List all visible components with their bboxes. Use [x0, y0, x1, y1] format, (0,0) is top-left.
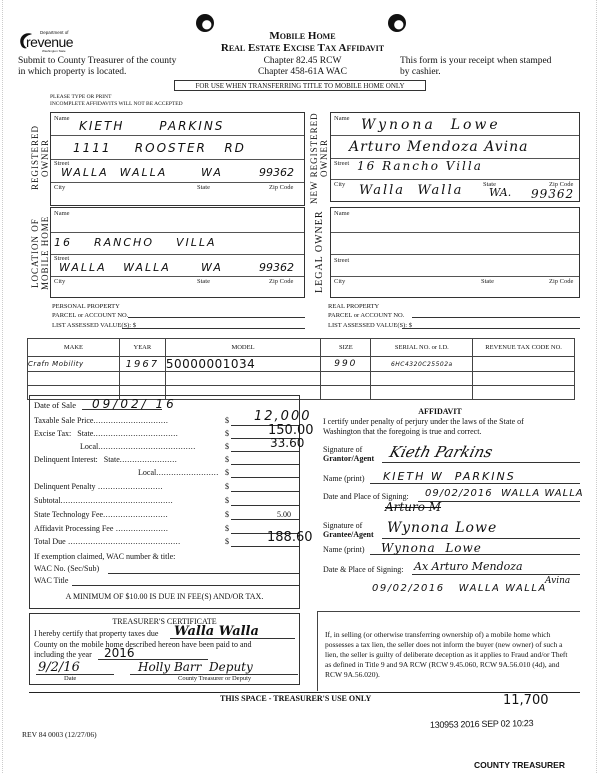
grantor-name-label: Name (print) — [323, 474, 365, 483]
location-address[interactable]: 16 RANCHO VILLA — [54, 236, 217, 249]
new-owner-name[interactable]: Wynona Lowe — [361, 117, 501, 133]
table-row — [28, 372, 575, 386]
legal-owner-box: Name Street City State Zip Code — [330, 207, 580, 298]
name-label: Name — [54, 210, 70, 217]
header-size: SIZE — [321, 339, 371, 357]
excise-local-value: 33.60 — [270, 436, 304, 450]
certificate-date: 9/2/16 — [38, 660, 80, 675]
transfer-banner: FOR USE WHEN TRANSFERRING TITLE TO MOBIL… — [174, 80, 426, 91]
new-registered-owner-label: NEW REGISTERED OWNER — [309, 112, 329, 204]
type-or-print-note: PLEASE TYPE OR PRINT INCOMPLETE AFFIDAVI… — [50, 94, 183, 108]
grantee-date-avina: Avina — [545, 576, 570, 586]
grantee-date-line-1: Ax Arturo Mendoza — [414, 560, 523, 573]
city-label: City — [54, 278, 65, 285]
dollar-sign: $ — [225, 524, 229, 533]
city-label: City — [334, 181, 345, 188]
header-model: MODEL — [165, 339, 320, 357]
dot-leader: ..................... — [113, 524, 168, 533]
personal-assessed-row: LIST ASSESSED VALUE(S): $ — [52, 322, 136, 331]
registered-owner-address[interactable]: 1111 ROOSTER RD — [73, 141, 246, 155]
chapter-refs: Chapter 82.45 RCW Chapter 458-61A WAC — [190, 56, 415, 78]
dollar-sign: $ — [225, 510, 229, 519]
form-number: REV 84 0003 (12/27/06) — [22, 730, 97, 739]
cell-size[interactable] — [321, 372, 371, 386]
real-property: REAL PROPERTY PARCEL or ACCOUNT NO. LIST… — [328, 303, 412, 331]
city-label: City — [334, 278, 345, 285]
dollar-sign: $ — [225, 468, 229, 477]
grantor-name-field[interactable] — [370, 483, 580, 484]
registered-owner-city[interactable]: WALLA WALLA — [61, 166, 167, 179]
new-owner-street[interactable]: 16 Rancho Villa — [357, 159, 483, 173]
cell-year[interactable]: 1967 — [119, 357, 165, 372]
total-due-value: 188.60 — [267, 530, 313, 545]
real-parcel-label: PARCEL or ACCOUNT NO. — [328, 312, 404, 319]
real-parcel-row: PARCEL or ACCOUNT NO. — [328, 312, 412, 321]
receipt-stamp: 130953 2016 SEP 02 10:23 — [430, 718, 533, 730]
cell-revenue-tax-code[interactable] — [473, 372, 575, 386]
fee-row-technology-fee: State Technology Fee....................… — [34, 510, 168, 519]
location-label-2: MOBILE HOME — [40, 216, 50, 290]
delinquent-state-input[interactable] — [231, 464, 299, 465]
location-state[interactable]: WA — [201, 261, 223, 274]
city-label: City — [54, 184, 65, 191]
dot-leader: .......................... — [96, 482, 164, 491]
real-parcel-input[interactable] — [412, 317, 580, 318]
grantor-signature-label: Signature of Grantor/Agent — [323, 445, 374, 463]
treasurer-signature: Holly Barr Deputy — [138, 660, 253, 674]
date-of-sale-label: Date of Sale — [34, 400, 76, 410]
mobile-home-table: MAKE YEAR MODEL SIZE SERIAL NO. or I.D. … — [27, 338, 575, 400]
registered-owner-box: Name KIETH PARKINS 1111 ROOSTER RD Stree… — [50, 112, 305, 206]
receipt-note: This form is your receipt when stamped b… — [400, 56, 551, 78]
affidavit-title: AFFIDAVIT — [300, 407, 580, 416]
new-owner-city[interactable]: Walla Walla — [359, 183, 463, 198]
real-assessed-row: LIST ASSESSED VALUE(S): $ — [328, 322, 412, 331]
fee-label: Delinquent Interest: State — [34, 455, 120, 464]
real-property-title: REAL PROPERTY — [328, 303, 412, 312]
submit-instructions: Submit to County Treasurer of the county… — [18, 56, 176, 78]
dollar-sign: $ — [225, 416, 229, 425]
street-label: Street — [334, 160, 349, 167]
fee-row-affidavit-fee: Affidavit Processing Fee ...............… — [34, 524, 168, 533]
fee-row-delinquent-local: Local......................... — [138, 468, 219, 477]
fee-row-excise-local: Local...................................… — [80, 442, 196, 451]
affidavit-statement-1: I certify under penalty of perjury under… — [323, 417, 524, 427]
fee-label: State Technology Fee — [34, 510, 103, 519]
cell-make[interactable] — [28, 372, 120, 386]
cell-make[interactable]: Crafn Mobility — [28, 357, 120, 372]
new-owner-label-1: NEW REGISTERED — [309, 112, 319, 204]
grantee-signature-field[interactable] — [382, 538, 580, 539]
grantee-name-print: Wynona Lowe — [381, 541, 482, 555]
delinquent-local-input[interactable] — [231, 477, 299, 478]
signature-label: County Treasurer or Deputy — [178, 675, 251, 682]
street-label: Street — [334, 257, 349, 264]
header-serial: SERIAL NO. or I.D. — [371, 339, 473, 357]
scan-edge — [2, 0, 3, 773]
certificate-line-2: County on the mobile home described here… — [34, 640, 252, 649]
fee-label: Local — [138, 468, 156, 477]
personal-parcel-input[interactable] — [128, 317, 305, 318]
location-city[interactable]: WALLA WALLA — [59, 261, 171, 274]
grantor-sig-label-2: Grantor/Agent — [323, 454, 374, 463]
submit-line-2: in which property is located. — [18, 67, 176, 78]
grantee-name-label: Name (print) — [323, 545, 365, 554]
header-revenue-tax-code: REVENUE TAX CODE NO. — [473, 339, 575, 357]
location-zip[interactable]: 99362 — [259, 261, 294, 274]
cell-serial[interactable] — [371, 372, 473, 386]
affidavit-statement: I certify under penalty of perjury under… — [323, 417, 524, 437]
personal-property: PERSONAL PROPERTY PARCEL or ACCOUNT NO. … — [52, 303, 136, 331]
grantee-date-field[interactable] — [412, 574, 580, 575]
cell-model[interactable] — [165, 372, 320, 386]
header-make: MAKE — [28, 339, 120, 357]
fee-row-excise-state: Excise Tax: State.......................… — [34, 429, 178, 438]
divider — [331, 254, 579, 255]
dollar-sign: $ — [225, 429, 229, 438]
fee-row-subtotal: Subtotal................................… — [34, 496, 173, 505]
dot-leader: ........................................… — [66, 537, 181, 546]
date-label: Date — [64, 675, 76, 682]
grantor-signature-field[interactable] — [382, 462, 580, 463]
dollar-sign: $ — [225, 482, 229, 491]
technology-fee-input[interactable] — [231, 519, 299, 520]
fee-row-taxable-sale-price: Taxable Sale Price......................… — [34, 416, 168, 425]
dollar-sign: $ — [225, 496, 229, 505]
registered-owner-zip[interactable]: 99362 — [259, 166, 294, 179]
chapter-rcw: Chapter 82.45 RCW — [190, 56, 415, 67]
grantee-date-label: Date & Place of Signing: — [323, 565, 403, 574]
fee-label: Affidavit Processing Fee — [34, 524, 113, 533]
personal-property-title: PERSONAL PROPERTY — [52, 303, 136, 312]
grantee-signature: Wynona Lowe — [387, 520, 497, 536]
location-label: LOCATION OF MOBILE HOME — [30, 207, 50, 299]
state-label: State — [481, 278, 494, 285]
fees-box: Date of Sale 09/02/ 16 Taxable Sale Pric… — [29, 395, 300, 609]
registered-owner-name[interactable]: KIETH PARKINS — [79, 119, 224, 133]
exemption-label: If exemption claimed, WAC number & title… — [34, 552, 175, 561]
dot-leader: ......................... — [156, 468, 219, 477]
real-assessed-input[interactable] — [402, 328, 580, 329]
certificate-county: Walla Walla — [174, 624, 259, 639]
registered-owner-label-2: OWNER — [40, 139, 50, 177]
dollar-sign: $ — [225, 455, 229, 464]
new-owner-state[interactable]: WA. — [489, 186, 511, 199]
dot-leader: .............................. — [93, 416, 168, 425]
location-label-1: LOCATION OF — [30, 218, 40, 288]
divider — [331, 179, 579, 180]
personal-assessed-input[interactable] — [122, 328, 305, 329]
revenue-logo: Department of Revenue Washington State — [18, 30, 90, 54]
technology-fee-value: 5.00 — [277, 510, 291, 519]
submit-line-1: Submit to County Treasurer of the county — [18, 56, 176, 67]
dollar-sign: $ — [225, 442, 229, 451]
registered-owner-state[interactable]: WA — [201, 166, 223, 179]
minimum-due-note: A MINIMUM OF $10.00 IS DUE IN FEE(S) AND… — [30, 592, 299, 601]
table-header-row: MAKE YEAR MODEL SIZE SERIAL NO. or I.D. … — [28, 339, 575, 357]
state-label: State — [197, 278, 210, 285]
dot-leader: .......................... — [103, 510, 168, 519]
affidavit-divider — [317, 611, 580, 612]
dot-leader: ....................... — [120, 455, 178, 464]
cell-model[interactable]: 50000001034 — [165, 357, 320, 372]
title-line-2: Real Estate Excise Tax Affidavit — [190, 42, 415, 54]
treasurer-use-only: THIS SPACE - TREASURER'S USE ONLY — [220, 694, 371, 703]
certificate-line-1: I hereby certify that property taxes due — [34, 629, 158, 638]
logo-big-text: Revenue — [26, 34, 73, 50]
receipt-note-line-2: by cashier. — [400, 67, 551, 78]
receipt-note-line-1: This form is your receipt when stamped — [400, 56, 551, 67]
divider — [331, 276, 579, 277]
grantor-sig-label-1: Signature of — [323, 445, 374, 454]
fee-label: Total Due — [34, 537, 66, 546]
instruction-line-1: PLEASE TYPE OR PRINT — [50, 94, 183, 101]
total-due-input[interactable] — [231, 546, 299, 547]
fee-label: Delinquent Penalty — [34, 482, 96, 491]
treasurers-certificate: TREASURER'S CERTIFICATE I hereby certify… — [29, 613, 300, 685]
grantee-extra-signature: Arturo M — [385, 500, 441, 514]
fee-label: Local — [80, 442, 98, 451]
header-year: YEAR — [119, 339, 165, 357]
grantor-date-field[interactable] — [418, 501, 580, 502]
divider — [51, 276, 304, 277]
personal-parcel-row: PARCEL or ACCOUNT NO. — [52, 312, 136, 321]
chapter-wac: Chapter 458-61A WAC — [190, 67, 415, 78]
name-label: Name — [334, 210, 350, 217]
state-label: State — [197, 184, 210, 191]
fee-row-total-due: Total Due ..............................… — [34, 537, 181, 546]
fee-label: Taxable Sale Price — [34, 416, 93, 425]
scan-edge-right — [596, 0, 597, 773]
excise-local-input[interactable] — [231, 451, 299, 452]
logo-sub-text: Washington State — [42, 49, 66, 53]
new-owner-label-2: OWNER — [319, 139, 329, 177]
cell-revenue-tax-code[interactable] — [473, 357, 575, 372]
name-label: Name — [54, 115, 70, 122]
wac-title-label: WAC Title — [34, 576, 68, 585]
date-of-sale-value[interactable]: 09/02/ 16 — [92, 397, 177, 411]
vertical-divider — [317, 611, 318, 691]
instruction-line-2: INCOMPLETE AFFIDAVITS WILL NOT BE ACCEPT… — [50, 101, 183, 108]
legal-owner-label: LEGAL OWNER — [315, 207, 325, 297]
new-owner-name-2[interactable]: Arturo Mendoza Avina — [349, 139, 529, 155]
registered-owner-label-1: REGISTERED — [30, 126, 40, 191]
dot-leader: ........................................… — [61, 496, 174, 505]
table-row: Crafn Mobility 1967 50000001034 990 6HC4… — [28, 357, 575, 372]
grantee-sig-label-2: Grantee/Agent — [323, 530, 374, 539]
fee-label: Excise Tax: State — [34, 429, 93, 438]
registered-owner-label: REGISTERED OWNER — [30, 112, 50, 204]
grantor-date-place: 09/02/2016 WALLA WALLA — [425, 488, 584, 499]
affidavit-statement-2: Washington that the foregoing is true an… — [323, 427, 524, 437]
grantor-signature: Kieth Parkins — [388, 443, 495, 461]
fee-row-delinquent-penalty: Delinquent Penalty .....................… — [34, 482, 163, 491]
new-registered-owner-box: Name Wynona Lowe Arturo Mendoza Avina St… — [330, 112, 580, 202]
personal-parcel-label: PARCEL or ACCOUNT NO. — [52, 312, 128, 319]
cell-revenue-tax-code[interactable] — [473, 386, 575, 400]
zip-label: Zip Code — [269, 184, 293, 191]
wac-no-input[interactable] — [108, 573, 299, 574]
fraud-notice: If, in selling (or otherwise transferrin… — [325, 630, 575, 680]
fee-label: Subtotal — [34, 496, 61, 505]
dollar-sign: $ — [225, 537, 229, 546]
dot-leader: ....................................... — [98, 442, 196, 451]
new-owner-zip[interactable]: 99362 — [531, 187, 574, 201]
cell-serial[interactable] — [371, 386, 473, 400]
handwritten-number: 11,700 — [503, 693, 549, 708]
dot-leader: .................................. — [93, 429, 178, 438]
divider — [51, 182, 304, 183]
location-box: Name 16 RANCHO VILLA Street WALLA WALLA … — [50, 207, 305, 298]
grantee-date-line-2: 09/02/2016 WALLA WALLA — [372, 583, 547, 594]
real-assessed-label: LIST ASSESSED VALUE(S): $ — [328, 322, 412, 329]
divider — [331, 232, 579, 233]
cell-size[interactable]: 990 — [321, 357, 371, 372]
cell-size[interactable] — [321, 386, 371, 400]
grantor-name-print: KIETH W PARKINS — [383, 470, 516, 483]
divider — [51, 159, 304, 160]
zip-label: Zip Code — [549, 278, 573, 285]
certificate-year: 2016 — [104, 646, 135, 660]
form-title: Mobile Home Real Estate Excise Tax Affid… — [190, 30, 415, 54]
name-label: Name — [334, 115, 350, 122]
delinquent-penalty-input[interactable] — [231, 491, 299, 492]
subtotal-input[interactable] — [231, 505, 299, 506]
grantee-signature-label: Signature of Grantee/Agent — [323, 521, 374, 539]
wac-title-input[interactable] — [72, 585, 299, 586]
divider — [331, 135, 579, 136]
fee-row-delinquent-state: Delinquent Interest: State..............… — [34, 455, 177, 464]
zip-label: Zip Code — [269, 278, 293, 285]
divider — [51, 254, 304, 255]
cell-year[interactable] — [119, 372, 165, 386]
divider — [51, 232, 304, 233]
cell-serial[interactable]: 6HC4320C25502a — [371, 357, 473, 372]
certificate-line-3: including the year — [34, 650, 92, 659]
treasurer-use-divider — [29, 692, 580, 693]
divider — [51, 135, 304, 136]
grantee-sig-label-1: Signature of — [323, 521, 374, 530]
title-line-1: Mobile Home — [190, 30, 415, 42]
county-treasurer-label: COUNTY TREASURER — [474, 760, 565, 770]
wac-no-label: WAC No. (Sec/Sub) — [34, 564, 99, 573]
